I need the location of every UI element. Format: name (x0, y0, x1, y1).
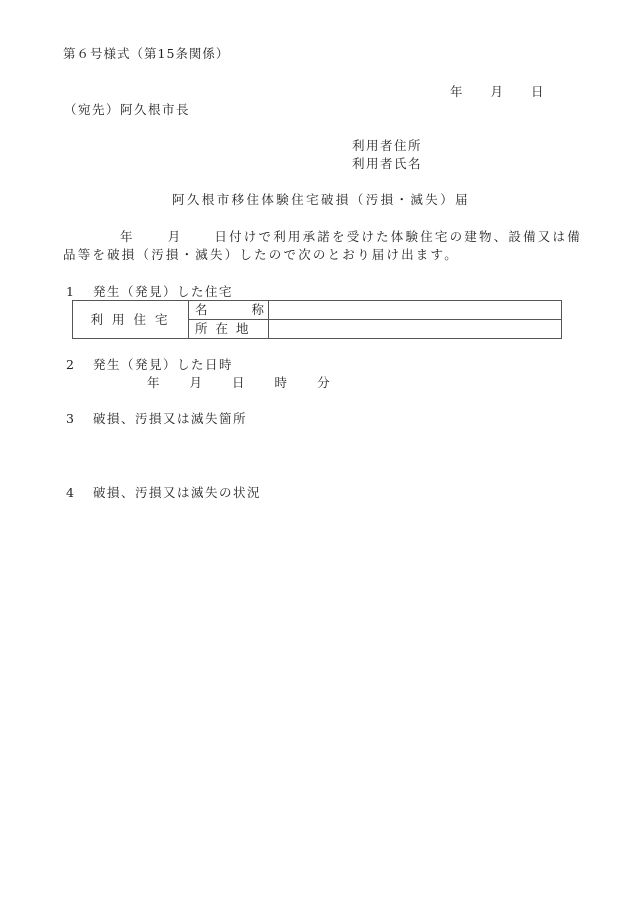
datetime-month-label: 月 (190, 377, 203, 390)
document-title: 阿久根市移住体験住宅破損（汚損・滅失）届 (172, 194, 470, 207)
section-3-number: 3 (66, 413, 93, 426)
applicant-address-label: 利用者住所 (352, 140, 422, 153)
body-text-rest: 日付けで利用承諾を受けた体験住宅の建物、設備又は備 (214, 229, 582, 244)
section-1-number: 1 (66, 286, 93, 299)
datetime-minute-label: 分 (317, 377, 330, 390)
form-number: 第６号様式（第15条関係） (63, 48, 229, 61)
section-1-title: 発生（発見）した住宅 (93, 284, 233, 299)
name-label-right: 称 (251, 301, 264, 319)
date-year-label: 年 (450, 86, 463, 99)
applicant-name-label: 利用者氏名 (352, 158, 422, 171)
addressee: （宛先）阿久根市長 (64, 104, 190, 117)
residence-location-field[interactable] (269, 320, 562, 339)
datetime-hour-label: 時 (275, 377, 288, 390)
date-month-label: 月 (491, 86, 504, 99)
residence-name-field[interactable] (269, 301, 562, 320)
section-2-heading: 2発生（発見）した日時 (66, 359, 233, 372)
section-3-title: 破損、汚損又は滅失箇所 (93, 411, 247, 426)
datetime-day-label: 日 (232, 377, 245, 390)
residence-row-header: 利用住宅 (73, 301, 189, 339)
section-4-title: 破損、汚損又は滅失の状況 (93, 485, 261, 500)
section-2-number: 2 (66, 359, 93, 372)
body-year-label: 年 (120, 229, 135, 244)
location-label: 所在地 (195, 321, 257, 336)
section-4-heading: 4破損、汚損又は滅失の状況 (66, 487, 261, 500)
section-1-heading: 1発生（発見）した住宅 (66, 286, 233, 299)
body-text-line-2: 品等を破損（汚損・滅失）したので次のとおり届け出ます。 (63, 249, 459, 262)
submission-date-line: 年月日 (450, 86, 544, 99)
name-label-left: 名 (195, 301, 208, 319)
section-4-number: 4 (66, 487, 93, 500)
date-day-label: 日 (531, 86, 544, 99)
body-text-line-1: 年月日付けで利用承諾を受けた体験住宅の建物、設備又は備 (120, 231, 582, 244)
section-2-title: 発生（発見）した日時 (93, 357, 233, 372)
occurrence-datetime-line: 年月日時分 (147, 377, 330, 390)
location-label-cell: 所在地 (189, 320, 269, 339)
table-row-name: 利用住宅 名 称 (73, 301, 562, 320)
section-3-heading: 3破損、汚損又は滅失箇所 (66, 413, 247, 426)
datetime-year-label: 年 (147, 377, 160, 390)
body-month-label: 月 (168, 229, 183, 244)
name-label-cell: 名 称 (189, 301, 269, 320)
residence-table: 利用住宅 名 称 所在地 (72, 300, 562, 339)
